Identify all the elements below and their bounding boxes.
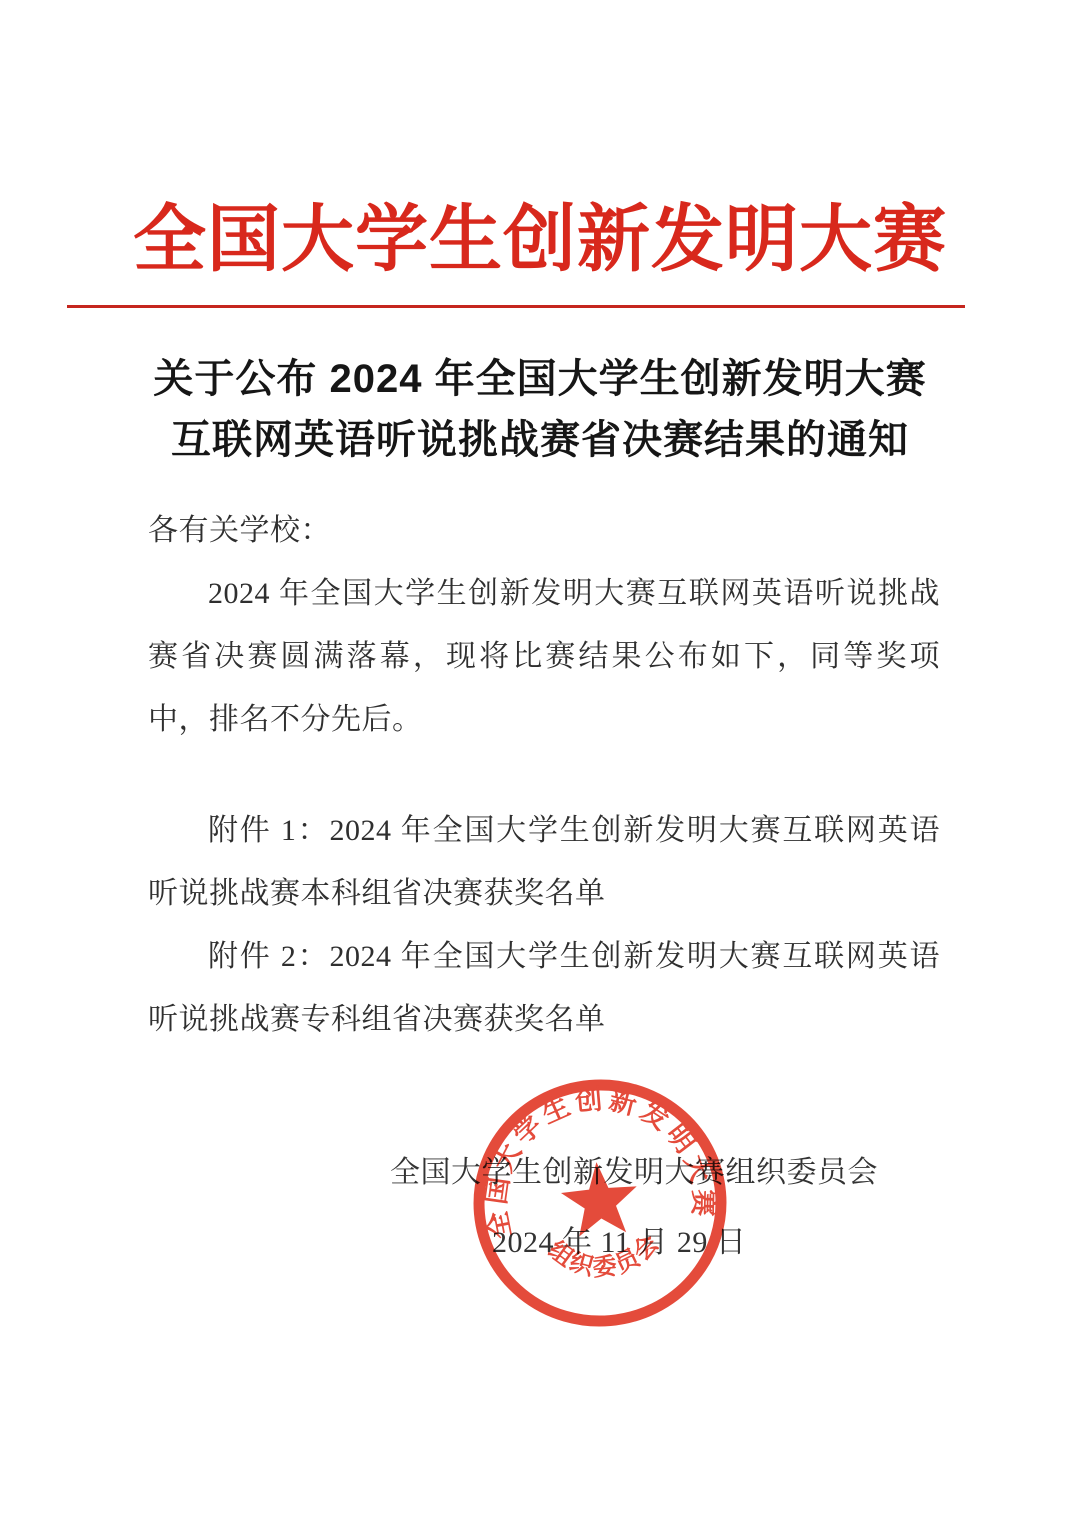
attachment-list: 附件 1：2024 年全国大学生创新发明大赛互联网英语听说挑战赛本科组省决赛获奖… <box>148 799 940 1051</box>
subject-line-2: 互联网英语听说挑战赛省决赛结果的通知 <box>0 410 1080 471</box>
letterhead-title: 全国大学生创新发明大赛 <box>0 198 1080 282</box>
body-paragraph: 2024 年全国大学生创新发明大赛互联网英语听说挑战赛省决赛圆满落幕，现将比赛结… <box>148 562 940 751</box>
attachment-item-2: 附件 2：2024 年全国大学生创新发明大赛互联网英语听说挑战赛专科组省决赛获奖… <box>148 925 940 1051</box>
official-seal-stamp: 全国大学生创新发明大赛 组织委员会 <box>461 1067 740 1339</box>
salutation: 各有关学校： <box>148 499 940 562</box>
signature-organization: 全国大学生创新发明大赛组织委员会 <box>390 1156 878 1190</box>
notice-body: 各有关学校： 2024 年全国大学生创新发明大赛互联网英语听说挑战赛省决赛圆满落… <box>148 499 940 1051</box>
attachment-item-1: 附件 1：2024 年全国大学生创新发明大赛互联网英语听说挑战赛本科组省决赛获奖… <box>148 799 940 925</box>
seal-ring <box>469 1075 731 1331</box>
signature-date: 2024 年 11 月 29 日 <box>492 1226 746 1260</box>
notice-subject: 关于公布 2024 年全国大学生创新发明大赛 互联网英语听说挑战赛省决赛结果的通… <box>0 349 1080 471</box>
document-page: 全国大学生创新发明大赛 关于公布 2024 年全国大学生创新发明大赛 互联网英语… <box>0 0 1080 1527</box>
subject-line-1: 关于公布 2024 年全国大学生创新发明大赛 <box>0 349 1080 410</box>
letterhead-rule <box>67 305 965 308</box>
